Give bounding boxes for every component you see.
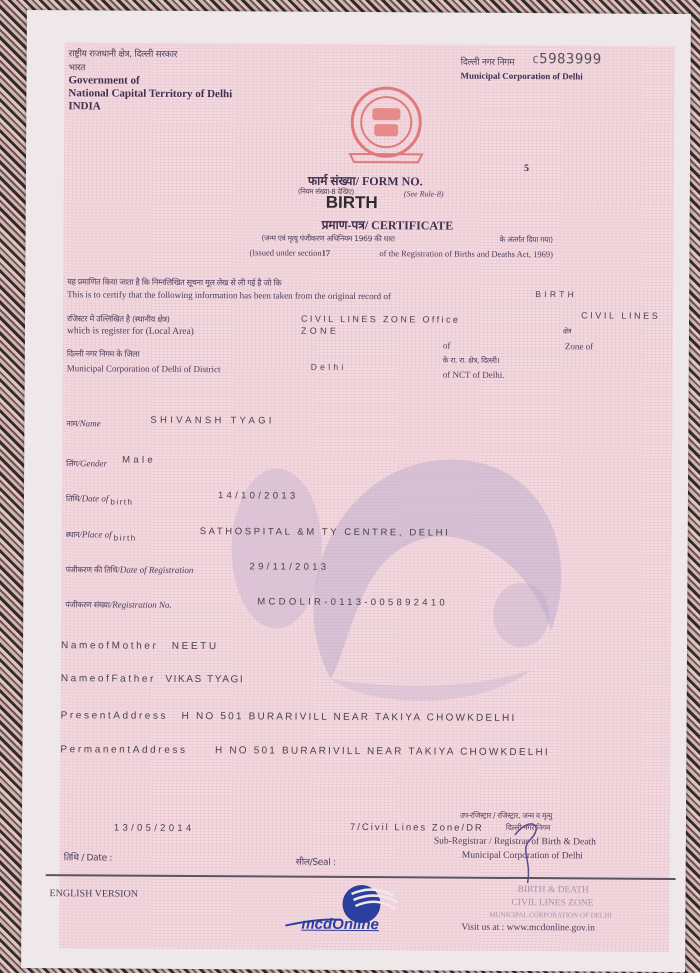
- mcd-hindi: दिल्ली नगर निगम: [461, 55, 515, 68]
- present-address-label: PresentAddress: [61, 710, 169, 722]
- field-row: नाम/Name: [66, 413, 100, 431]
- present-address-value: H NO 501 BURARIVILL NEAR TAKIYA CHOWKDEL…: [182, 711, 517, 724]
- zone-of-label: Zone of: [565, 341, 593, 351]
- permanent-address-value: H NO 501 BURARIVILL NEAR TAKIYA CHOWKDEL…: [215, 745, 550, 758]
- certificate-type: BIRTH: [326, 193, 378, 213]
- present-address-row: PresentAddress H NO 501 BURARIVILL NEAR …: [61, 710, 517, 724]
- gov-line3: INDIA: [68, 100, 100, 112]
- mcd-online-logo: mcdOnline: [281, 882, 411, 941]
- visit-website-text: Visit us at : www.mcdonline.gov.in: [461, 923, 595, 934]
- stamp-line2: CIVIL LINES ZONE: [511, 898, 593, 909]
- seal-label: सील/Seal :: [296, 855, 336, 868]
- field-row: तिथि/Date ofbirth: [66, 488, 134, 506]
- local-area-line2: ZONE: [301, 326, 339, 336]
- certify-hindi: यह प्रमाणित किया जाता है कि निम्नलिखित स…: [67, 276, 281, 288]
- rule-english: (See Rule-8): [404, 189, 444, 198]
- stamp-line1: BIRTH & DEATH: [518, 885, 589, 895]
- field-row: स्थान/Place ofbirth: [66, 524, 137, 542]
- father-label: NameofFather: [61, 673, 156, 685]
- mcd-emblem-seal-icon: [342, 84, 430, 167]
- issued-suffix: of the Registration of Births and Deaths…: [379, 248, 553, 259]
- father-row: NameofFather VIKAS TYAGI: [61, 673, 245, 685]
- form-no-label: फार्म संख्या/ FORM NO.: [308, 172, 423, 190]
- field-value: MCDOLIR-0113-005892410: [257, 596, 448, 608]
- register-hindi: रजिस्टर में उल्लिखित है (स्थानीय क्षेत्र…: [67, 313, 170, 325]
- register-english: which is register for (Local Area): [67, 326, 194, 337]
- field-label: /Date of Registration: [117, 565, 193, 575]
- mother-value: NEETU: [172, 641, 219, 652]
- father-value: VIKAS TYAGI: [165, 674, 244, 685]
- field-value: 29/11/2013: [250, 561, 330, 572]
- issued-hindi: (जन्म एवं मृत्यु पंजीकरण अधिनियम 1969 की…: [262, 233, 395, 244]
- date-label: तिथि / Date :: [64, 850, 112, 863]
- field-hindi-label: स्थान: [66, 530, 80, 539]
- issued-prefix: (Issued under section: [249, 247, 321, 257]
- zone-hindi: क्षेत्र: [563, 327, 571, 336]
- gov-line1: Government of: [68, 74, 139, 86]
- field-hindi-label: लिंग: [66, 459, 77, 468]
- mcd-district-hindi: दिल्ली नगर निगम के जिला: [67, 348, 140, 359]
- local-area-line1: CIVIL LINES ZONE Office: [301, 314, 460, 325]
- mcd-district-label: Municipal Corporation of Delhi of Distri…: [67, 363, 221, 374]
- of-label: of: [443, 341, 451, 351]
- field-label-suffix: birth: [114, 534, 137, 543]
- field-value: 14/10/2013: [218, 490, 299, 501]
- field-label: /Gender: [78, 458, 108, 468]
- certify-english: This is to certify that the following in…: [67, 289, 391, 301]
- field-row: पंजीकरण की तिथि/Date of Registration: [65, 559, 193, 578]
- certificate-label: प्रमाण-पत्र/ CERTIFICATE: [322, 216, 454, 234]
- field-value: Male: [122, 455, 156, 466]
- issue-date: 13/05/2014: [114, 823, 195, 834]
- nct-hindi: के रा. रा. क्षेत्र, दिल्ली।: [443, 356, 499, 366]
- field-row: पंजीकरण संख्या/Registration No.: [65, 594, 172, 613]
- serial-number: C5983999: [533, 51, 602, 67]
- field-value: SHIVANSH TYAGI: [150, 415, 274, 427]
- mcd-watermark-icon: [221, 438, 593, 710]
- field-hindi-label: तिथि: [66, 494, 79, 503]
- certificate-fields: नाम/NameSHIVANSH TYAGIलिंग/GenderMaleतिथ…: [65, 42, 675, 46]
- field-label: /Place of: [79, 529, 111, 539]
- form-no-value: 5: [524, 163, 529, 174]
- field-label: /Name: [77, 418, 101, 428]
- field-label: /Registration No.: [110, 599, 172, 609]
- field-label-suffix: birth: [110, 498, 133, 507]
- stamp-line3: MUNICIPAL CORPORATION OF DELHI: [489, 911, 611, 920]
- issued-hindi-end: के अंतर्गत दिया गया): [500, 235, 553, 245]
- section-value: 17: [322, 248, 331, 258]
- mcd-online-text: mcdOnline: [301, 916, 379, 933]
- field-hindi-label: पंजीकरण की तिथि: [65, 565, 117, 574]
- mcd-english: Municipal Corporation of Delhi: [461, 71, 583, 82]
- issued-english: (Issued under section17: [249, 247, 330, 257]
- permanent-address-row: PermanentAddress H NO 501 BURARIVILL NEA…: [60, 744, 550, 758]
- footer-divider: [46, 874, 676, 879]
- field-hindi-label: पंजीकरण संख्या: [65, 600, 109, 609]
- record-type: BIRTH: [535, 289, 577, 299]
- serial-value: 5983999: [539, 51, 602, 67]
- field-label: /Date of: [79, 493, 108, 503]
- certificate-paper: राष्ट्रीय राजधानी क्षेत्र, दिल्ली सरकार …: [21, 10, 691, 972]
- nct-english: of NCT of Delhi.: [443, 370, 505, 380]
- gov-hindi-line1: राष्ट्रीय राजधानी क्षेत्र, दिल्ली सरकार: [69, 46, 177, 60]
- mother-label: NameofMother: [61, 640, 158, 652]
- english-version-label: ENGLISH VERSION: [50, 888, 139, 900]
- field-hindi-label: नाम: [66, 419, 77, 428]
- issuing-office: 7/Civil Lines Zone/DR: [350, 822, 484, 834]
- field-row: लिंग/Gender: [66, 453, 107, 471]
- gov-hindi-line2: भारत: [69, 60, 86, 73]
- gov-line2: National Capital Territory of Delhi: [68, 87, 232, 100]
- permanent-address-label: PermanentAddress: [60, 744, 187, 756]
- certificate-form: राष्ट्रीय राजधानी क्षेत्र, दिल्ली सरकार …: [59, 42, 675, 952]
- mother-row: NameofMother NEETU: [61, 640, 219, 652]
- field-value: SATHOSPITAL &M TY CENTRE, DELHI: [200, 526, 451, 539]
- signature-icon: [510, 815, 550, 885]
- zone-value: CIVIL LINES: [581, 310, 660, 320]
- district-value: Delhi: [311, 362, 347, 372]
